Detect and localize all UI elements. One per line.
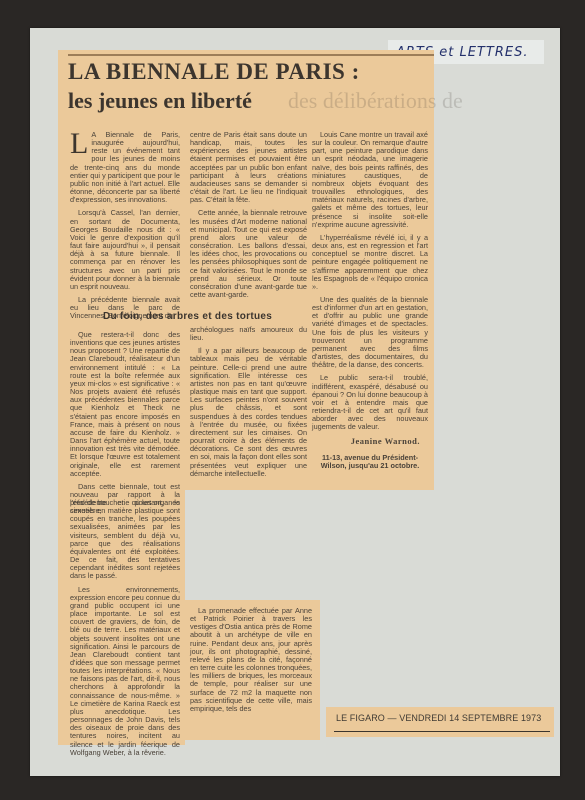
paragraph: Cette année, la biennale retrouve les mu… — [190, 209, 307, 299]
paragraph: l'étal de boucherie où les organes sexue… — [70, 499, 180, 581]
exhibition-address: 11-13, avenue du Président-Wilson, jusqu… — [312, 454, 428, 470]
paragraph: centre de Paris était sans doute un hand… — [190, 131, 307, 204]
column-2-lower: archéologues naïfs amoureux du lieu. Il … — [190, 326, 307, 483]
column-3: Louis Cane montre un travail axé sur la … — [312, 131, 428, 470]
column-1-continuation: l'étal de boucherie où les organes sexue… — [70, 499, 180, 762]
drop-cap: L — [70, 131, 88, 157]
paragraph: Il y a par ailleurs beaucoup de tableaux… — [190, 347, 307, 478]
column-1: LA Biennale de Paris, inaugurée aujourd'… — [70, 131, 180, 325]
column-2: centre de Paris était sans doute un hand… — [190, 131, 307, 304]
paragraph: archéologues naïfs amoureux du lieu. — [190, 326, 307, 342]
paragraph: La promenade effectuée par Anne et Patri… — [190, 607, 312, 713]
newspaper-dateline: LE FIGARO — VENDREDI 14 SEPTEMBRE 1973 — [326, 707, 554, 737]
paragraph: Louis Cane montre un travail axé sur la … — [312, 131, 428, 229]
paragraph: L'hyperréalisme révélé ici, il y a deux … — [312, 234, 428, 291]
headline-subtitle: les jeunes en liberté — [68, 86, 428, 116]
dateline-text: LE FIGARO — VENDREDI 14 SEPTEMBRE 1973 — [336, 713, 541, 723]
paragraph: Le public sera-t-il troublé, indifférent… — [312, 374, 428, 431]
paragraph: Les environnements, expression encore pe… — [70, 586, 180, 757]
article-headline: LA BIENNALE DE PARIS : les jeunes en lib… — [68, 58, 428, 116]
paragraph: Une des qualités de la biennale est d'in… — [312, 296, 428, 369]
section-subhead: Du foin, des arbres et des tortues — [103, 311, 333, 322]
dateline-rule — [334, 731, 550, 732]
column-1-lower: Que restera-t-il donc des inventions que… — [70, 331, 180, 520]
column-2-continuation: La promenade effectuée par Anne et Patri… — [190, 607, 312, 718]
headline-title: LA BIENNALE DE PARIS : — [68, 58, 428, 86]
paragraph: LA Biennale de Paris, inaugurée aujourd'… — [70, 131, 180, 204]
paragraph: Que restera-t-il donc des inventions que… — [70, 331, 180, 478]
paragraph: Lorsqu'à Cassel, l'an dernier, en sortan… — [70, 209, 180, 291]
author-signature: Jeanine Warnod. — [312, 437, 420, 445]
